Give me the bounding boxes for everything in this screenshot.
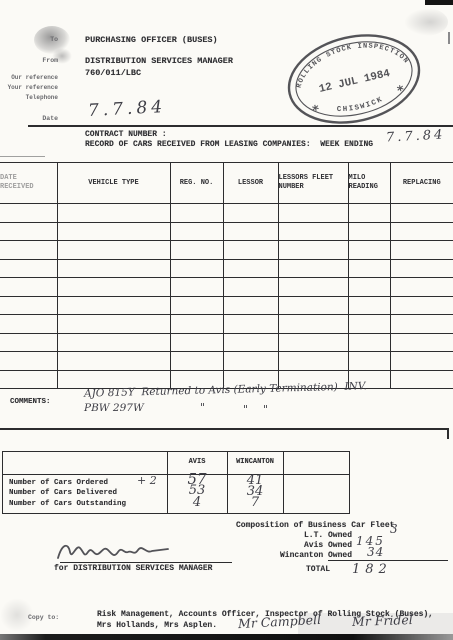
empty-cell <box>57 333 170 352</box>
empty-cell <box>223 222 278 241</box>
summary-vline <box>283 452 284 513</box>
empty-cell <box>278 352 348 371</box>
empty-cell <box>278 333 348 352</box>
table-header-row: DATE RECEIVED VEHICLE TYPE REG. NO. LESS… <box>0 163 453 204</box>
empty-cell <box>223 241 278 260</box>
empty-cell <box>223 296 278 315</box>
empty-cell <box>57 278 170 297</box>
ditto-mark: " <box>243 403 248 416</box>
summary-table: AVIS WINCANTON Number of Cars Ordered Nu… <box>2 451 350 514</box>
col-header-vehicle-type: VEHICLE TYPE <box>57 163 170 204</box>
composition-label-wincanton-owned: Wincanton Owned <box>200 551 352 560</box>
reference-value: 760/011/LBC <box>85 68 141 78</box>
empty-cell <box>170 333 223 352</box>
empty-cell <box>0 315 57 334</box>
empty-row <box>0 296 453 315</box>
empty-cell <box>57 315 170 334</box>
empty-cell <box>0 278 57 297</box>
empty-cell <box>0 259 57 278</box>
col-header-lessors-fleet-number: LESSORS FLEET NUMBER <box>278 163 348 204</box>
top-right-scan-mark <box>425 0 453 5</box>
summary-value-avis-outstanding: 4 <box>167 495 227 510</box>
empty-cell <box>348 296 390 315</box>
empty-cell <box>170 278 223 297</box>
empty-row <box>0 241 453 260</box>
empty-cell <box>348 204 390 223</box>
empty-cell <box>170 204 223 223</box>
bottom-scan-bar <box>0 634 453 640</box>
date-value-handwritten: 7.7.84 <box>88 97 167 121</box>
empty-row <box>0 222 453 241</box>
date-rule <box>28 125 453 127</box>
empty-cell <box>390 241 453 260</box>
empty-cell <box>170 259 223 278</box>
empty-row <box>0 278 453 297</box>
empty-cell <box>348 222 390 241</box>
col-header-replacing: REPLACING <box>390 163 453 204</box>
comments-label: COMMENTS: <box>10 398 51 406</box>
empty-cell <box>0 370 57 389</box>
col-header-milo-reading: MILO READING <box>348 163 390 204</box>
empty-cell <box>57 259 170 278</box>
empty-cell <box>390 333 453 352</box>
empty-cell <box>278 315 348 334</box>
cars-received-table: DATE RECEIVED VEHICLE TYPE REG. NO. LESS… <box>0 162 453 389</box>
empty-cell <box>278 259 348 278</box>
empty-cell <box>0 333 57 352</box>
empty-cell <box>57 222 170 241</box>
from-label: From <box>8 57 58 64</box>
copy-to-handwritten-2: Mr Fridel <box>352 612 413 629</box>
summary-note-handwritten: + 2 <box>137 474 157 487</box>
empty-cell <box>223 315 278 334</box>
empty-cell <box>348 333 390 352</box>
empty-cell <box>390 296 453 315</box>
empty-cell <box>170 352 223 371</box>
empty-cell <box>57 204 170 223</box>
your-reference-label: Your reference <box>4 84 58 91</box>
empty-cell <box>278 278 348 297</box>
ditto-mark: " <box>200 401 205 414</box>
col-header-date-received: DATE RECEIVED <box>0 163 57 204</box>
signature-for-line: for DISTRIBUTION SERVICES MANAGER <box>54 564 212 573</box>
empty-cell <box>57 352 170 371</box>
empty-cell <box>390 278 453 297</box>
rolling-stock-stamp: ROLLING STOCK INSPECTION 12 JUL 1984 CHI… <box>275 18 432 139</box>
empty-cell <box>170 315 223 334</box>
to-label: To <box>8 36 58 43</box>
empty-cell <box>390 315 453 334</box>
composition-label-avis-owned: Avis Owned <box>200 541 352 550</box>
copy-to-label: Copy to: <box>28 614 59 621</box>
composition-label-lt-owned: L.T. Owned <box>200 531 352 540</box>
empty-cell <box>170 241 223 260</box>
empty-cell <box>390 222 453 241</box>
ditto-mark: " <box>263 403 268 416</box>
scan-speckle <box>448 32 450 44</box>
empty-cell <box>390 352 453 371</box>
summary-row-label: Number of Cars Delivered <box>9 489 117 497</box>
empty-cell <box>390 370 453 389</box>
empty-cell <box>348 278 390 297</box>
composition-value-total: 182 <box>352 562 392 577</box>
empty-row <box>0 315 453 334</box>
empty-cell <box>57 241 170 260</box>
week-ending-value-handwritten: 7.7.84 <box>386 127 446 145</box>
summary-row-label: Number of Cars Outstanding <box>9 500 126 508</box>
col-header-lessor: LESSOR <box>223 163 278 204</box>
empty-cell <box>223 204 278 223</box>
date-label: Date <box>8 115 58 122</box>
signature-scribble <box>54 538 184 564</box>
composition-title: Composition of Business Car Fleet <box>236 521 394 530</box>
main-table-body <box>0 204 453 389</box>
comments-line-2-reg: PBW 297W <box>84 402 144 414</box>
empty-cell <box>223 333 278 352</box>
empty-cell <box>57 296 170 315</box>
empty-cell <box>0 241 57 260</box>
empty-cell <box>348 315 390 334</box>
empty-cell <box>170 222 223 241</box>
summary-header-avis: AVIS <box>167 458 227 466</box>
empty-cell <box>0 296 57 315</box>
empty-cell <box>278 296 348 315</box>
composition-value-wincanton-owned: 34 <box>367 545 384 559</box>
to-value: PURCHASING OFFICER (BUSES) <box>85 35 218 45</box>
our-reference-label: Our reference <box>4 74 58 81</box>
empty-cell <box>348 241 390 260</box>
empty-cell <box>390 259 453 278</box>
summary-header-wincanton: WINCANTON <box>227 458 283 466</box>
telephone-label: Telephone <box>4 94 58 101</box>
empty-cell <box>223 352 278 371</box>
empty-cell <box>278 241 348 260</box>
empty-cell <box>0 352 57 371</box>
empty-row <box>0 333 453 352</box>
empty-cell <box>170 296 223 315</box>
empty-cell <box>348 259 390 278</box>
summary-row-label: Number of Cars Ordered <box>9 479 108 487</box>
empty-row <box>0 204 453 223</box>
stamp-date-text: 12 JUL 1984 <box>318 68 392 96</box>
empty-cell <box>278 204 348 223</box>
empty-row <box>0 259 453 278</box>
col-header-reg-no: REG. NO. <box>170 163 223 204</box>
scan-speckle <box>0 156 45 157</box>
from-value: DISTRIBUTION SERVICES MANAGER <box>85 56 233 66</box>
composition-value-lt-owned: 3 <box>390 522 398 536</box>
scanned-memo-page: To From Our reference Your reference Tel… <box>0 0 453 640</box>
empty-cell <box>278 222 348 241</box>
empty-cell <box>223 278 278 297</box>
empty-cell <box>348 352 390 371</box>
empty-row <box>0 352 453 371</box>
copy-to-line-2: Mrs Hollands, Mrs Asplen. <box>97 621 217 630</box>
empty-cell <box>0 222 57 241</box>
contract-number-line: CONTRACT NUMBER : <box>85 130 167 139</box>
comments-rule-tick <box>447 428 449 439</box>
record-line: RECORD OF CARS RECEIVED FROM LEASING COM… <box>85 140 373 149</box>
empty-cell <box>223 259 278 278</box>
empty-cell <box>390 204 453 223</box>
empty-cell <box>0 204 57 223</box>
comments-rule <box>0 428 449 430</box>
summary-value-wincanton-outstanding: 7 <box>227 495 283 510</box>
